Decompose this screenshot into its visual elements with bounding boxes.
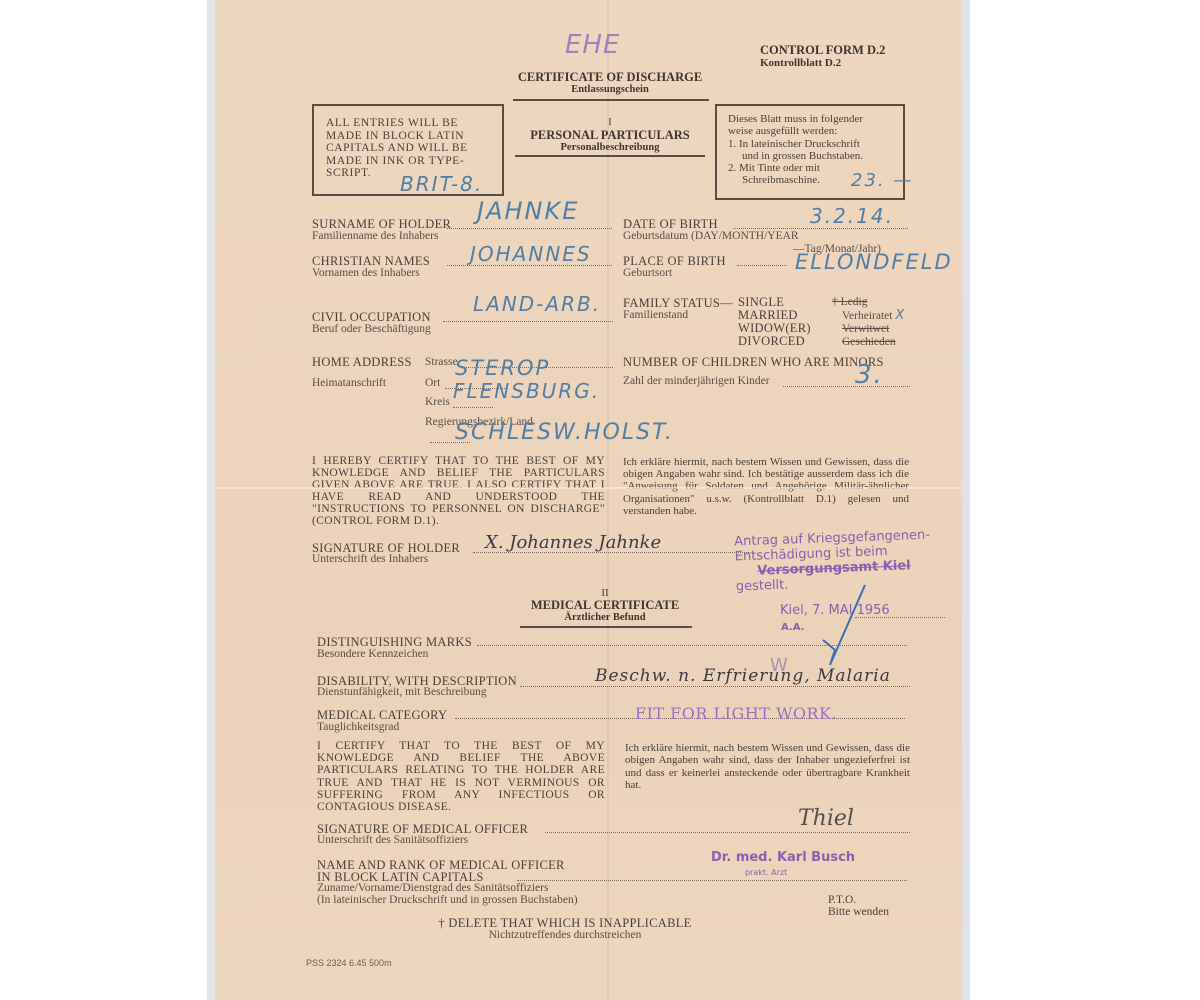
kreis-value[interactable]: FLENSBURG. — [453, 379, 600, 403]
christian-names-value[interactable]: JOHANNES — [470, 242, 592, 266]
dotted-line — [517, 880, 907, 881]
children-label: NUMBER OF CHILDREN WHO ARE MINORS — [623, 355, 884, 370]
officer-name-stamp[interactable]: Dr. med. Karl Busch — [711, 850, 855, 865]
surname-value[interactable]: JAHNKE — [477, 197, 579, 225]
land-value[interactable]: SCHLESW.HOLST. — [455, 420, 674, 445]
civil-occupation-value[interactable]: LAND-ARB. — [473, 292, 601, 316]
dotted-line — [737, 265, 787, 266]
home-address-label-de: Heimatanschrift — [312, 377, 386, 389]
option-divorced[interactable]: DIVORCED — [738, 335, 811, 348]
dotted-line — [520, 686, 910, 687]
control-form-label: CONTROL FORM D.2 — [760, 43, 885, 58]
dob-value[interactable]: 3.2.14. — [810, 204, 894, 228]
holder-certification-de: Ich erkläre hiermit, nach bestem Wissen … — [623, 456, 909, 517]
strasse-label: Strasse — [425, 356, 458, 368]
dotted-line — [783, 386, 910, 387]
medical-certification-en: I CERTIFY THAT TO THE BEST OF MY KNOWLED… — [317, 740, 605, 813]
discharge-certificate-page: EHE CERTIFICATE OF DISCHARGE Entlassungs… — [215, 0, 962, 1000]
children-value[interactable]: 3. — [855, 360, 884, 390]
instruction-line: Dieses Blatt muss in folgender — [728, 113, 903, 125]
handwritten-number: 23. — — [851, 170, 913, 191]
dotted-line — [443, 321, 613, 322]
ort-value[interactable]: STEROP — [455, 356, 550, 380]
marks-label-de: Besondere Kennzeichen — [317, 648, 428, 660]
instruction-line: und in grossen Buchstaben. — [728, 150, 903, 162]
pob-value[interactable]: ELLONDFELD — [795, 250, 953, 274]
section-2-title: MEDICAL CERTIFICATE — [515, 598, 695, 613]
civil-occupation-label-de: Beruf oder Beschäftigung — [312, 323, 431, 335]
home-address-label: HOME ADDRESS — [312, 355, 412, 370]
instruction-line: weise ausgefüllt werden: — [728, 125, 903, 137]
delete-note-de: Nichtzutreffendes durchstreichen — [375, 929, 755, 941]
children-label-de: Zahl der minderjährigen Kinder — [623, 375, 770, 387]
officer-name-label-de: Zuname/Vorname/Dienstgrad des Sanitätsof… — [317, 882, 548, 894]
handwritten-brit: BRIT-8. — [400, 172, 483, 196]
officer-signature-label-de: Unterschrift des Sanitätsoffiziers — [317, 834, 468, 846]
family-status-label-de: Familienstand — [623, 309, 688, 321]
option-ledig: † Ledig — [832, 296, 904, 309]
instruction-line: MADE IN BLOCK LATIN — [326, 130, 502, 143]
kreis-label: Kreis — [425, 396, 450, 408]
officer-signature[interactable]: Thiel — [798, 806, 854, 831]
dotted-line — [545, 832, 910, 833]
instruction-line: MADE IN INK OR TYPE- — [326, 155, 502, 168]
christian-names-label-de: Vornamen des Inhabers — [312, 267, 420, 279]
holder-signature-label-de: Unterschrift des Inhabers — [312, 553, 428, 565]
section-1-number: I — [510, 116, 710, 128]
option-verheiratet-label: Verheiratet — [842, 310, 892, 322]
option-verwitwet: Verwitwet — [832, 323, 904, 336]
officer-initials-stamp: W — [770, 655, 788, 676]
family-status-options-de: † Ledig Verheiratet X Verwitwet Geschied… — [832, 296, 904, 349]
family-status-options-en: SINGLE MARRIED WIDOW(ER) DIVORCED — [738, 296, 811, 348]
section-2-rule — [520, 626, 692, 628]
section-1-title: PERSONAL PARTICULARS — [510, 128, 710, 143]
option-geschieden: Geschieden — [832, 336, 904, 349]
section-1-title-de: Personalbeschreibung — [510, 142, 710, 153]
print-code: PSS 2324 6.45 500m — [306, 958, 392, 968]
dob-label-de: Geburtsdatum (DAY/MONTH/YEAR — [623, 230, 799, 242]
handwritten-code: EHE — [565, 30, 620, 60]
holder-certification-en: I HEREBY CERTIFY THAT TO THE BEST OF MY … — [312, 455, 605, 527]
page-title: CERTIFICATE OF DISCHARGE — [505, 70, 715, 85]
control-form-label-de: Kontrollblatt D.2 — [760, 57, 841, 69]
title-rule — [513, 99, 709, 101]
pto-label-de: Bitte wenden — [828, 906, 889, 918]
stamp-initials: A.A. — [781, 622, 804, 633]
holder-signature[interactable]: X. Johannes Jahnke — [485, 532, 661, 553]
dotted-line — [733, 228, 908, 229]
marks-value-line[interactable] — [477, 645, 907, 646]
pob-label-de: Geburtsort — [623, 267, 672, 279]
section-1-rule — [515, 155, 705, 157]
married-mark: X — [895, 308, 904, 323]
instruction-line: CAPITALS AND WILL BE — [326, 142, 502, 155]
category-label-de: Tauglichkeitsgrad — [317, 721, 399, 733]
section-2-title-de: Ärztlicher Befund — [515, 612, 695, 623]
page-title-de: Entlassungschein — [505, 84, 715, 95]
blue-check-mark — [815, 580, 875, 670]
pto-label: P.T.O. — [828, 894, 856, 906]
dotted-line — [453, 407, 493, 408]
ort-label: Ort — [425, 377, 440, 389]
disability-value[interactable]: Beschw. n. Erfrierung, Malaria — [595, 666, 891, 686]
instruction-line: 1. In lateinischer Druckschrift — [728, 138, 903, 150]
option-verheiratet: Verheiratet X — [832, 309, 904, 323]
dotted-line — [447, 228, 612, 229]
officer-name-label-de-2: (In lateinischer Druckschrift und in gro… — [317, 894, 578, 906]
officer-title-stamp: prakt. Arzt — [745, 868, 787, 877]
surname-label-de: Familienname des Inhabers — [312, 230, 438, 242]
medical-certification-de: Ich erkläre hiermit, nach bestem Wissen … — [625, 742, 910, 791]
instruction-line: ALL ENTRIES WILL BE — [326, 117, 502, 130]
category-stamp-value[interactable]: FIT FOR LIGHT WORK. — [635, 704, 837, 723]
disability-label-de: Dienstunfähigkeit, mit Beschreibung — [317, 686, 487, 698]
